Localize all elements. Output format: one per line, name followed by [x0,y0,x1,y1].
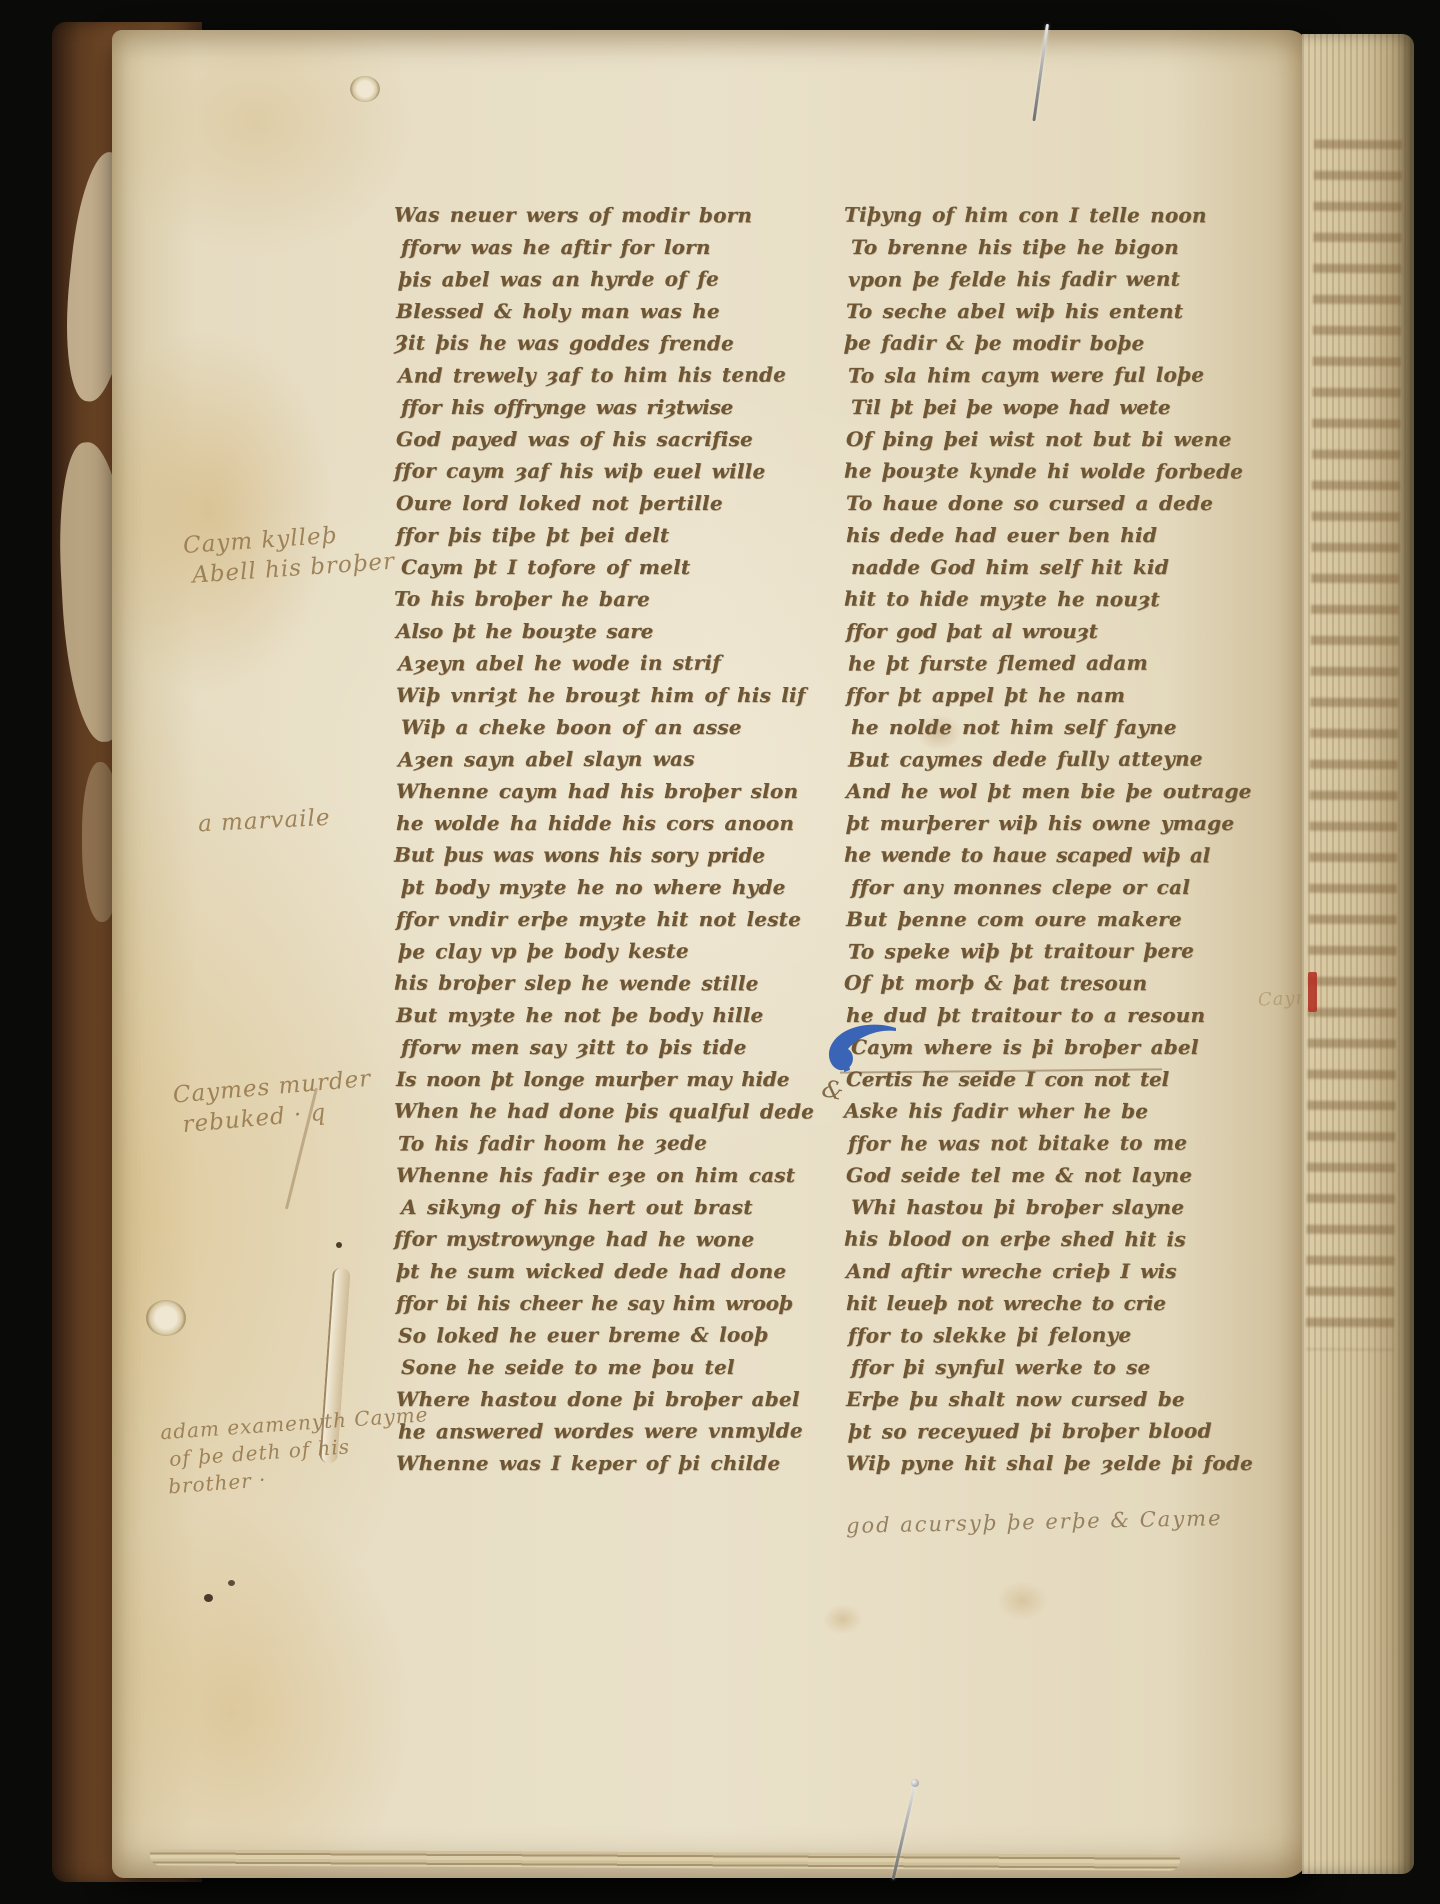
text-line: þt body myȝte he no where hyde [401,871,801,903]
text-line: þt murþerer wiþ his owne ymage [846,807,1258,839]
text-line: God payed was of his sacrifise [396,423,796,455]
text-line: he wolde ha hidde his cors anoon [396,807,796,839]
text-line: his dede had euer ben hid [846,519,1258,551]
text-line: Wiþ pyne hit shal þe ȝelde þi fode [846,1447,1258,1479]
text-line: fforw was he aftir for lorn [401,231,801,263]
text-line: þt he sum wicked dede had done [396,1255,796,1287]
needle-head-icon [911,1779,919,1787]
text-line: A sikyng of his hert out brast [401,1191,801,1223]
text-line: ffor any monnes clepe or cal [851,871,1263,903]
text-line: To his broþer he bare [394,583,794,616]
text-line: hit to hide myȝte he nouȝt [844,583,1256,616]
text-line: Oure lord loked not þertille [396,487,796,519]
text-line: ffor vndir erþe myȝte hit not leste [396,903,796,935]
text-line: Is noon þt longe murþer may hide [396,1063,796,1095]
text-line: But þenne com oure makere [846,903,1258,935]
text-line: Wiþ a cheke boon of an asse [401,711,801,743]
text-line: When he had done þis qualful dede [394,1095,794,1128]
text-line: ffor þi synful werke to se [851,1351,1263,1383]
text-line: Sone he seide to me þou tel [401,1351,801,1383]
manuscript-photo: Was neuer wers of modir bornfforw was he… [0,0,1440,1904]
text-line: Whenne his fadir eȝe on him cast [396,1159,796,1191]
text-line: vpon þe felde his fadir went [848,262,1260,295]
text-line: Of þt morþ & þat tresoun [844,967,1256,1000]
text-line: Was neuer wers of modir born [394,199,794,232]
text-line: ffor to slekke þi felonye [848,1318,1260,1351]
text-line: Caym þt I tofore of melt [401,551,801,583]
text-line: Til þt þei þe wope had wete [851,391,1263,423]
text-line: God seide tel me & not layne [846,1159,1258,1191]
wormhole [204,1594,213,1602]
red-rubric-mark [1308,972,1317,1012]
text-line: Whi hastou þi broþer slayne [851,1191,1263,1223]
text-line: nadde God him self hit kid [851,551,1263,583]
text-line: Blessed & holy man was he [396,295,796,327]
text-line: Tiþyng of him con I telle noon [844,199,1256,232]
text-line: Where hastou done þi broþer abel [396,1383,796,1415]
text-line: ffor bi his cheer he say him wrooþ [396,1287,796,1319]
text-line: hit leueþ not wreche to crie [846,1287,1258,1319]
text-line: his broþer slep he wende stille [394,967,794,1000]
text-line: þt so receyued þi broþer blood [848,1414,1260,1447]
text-line: Aske his fadir wher he be [844,1095,1256,1128]
text-line: But myȝte he not þe body hille [396,999,796,1031]
text-line: But caymes dede fully atteyne [848,742,1260,775]
text-line: Erþe þu shalt now cursed be [846,1383,1258,1415]
text-line: Whenne was I keper of þi childe [396,1447,796,1479]
text-line: he þouȝte kynde hi wolde forbede [844,455,1256,488]
text-line: ffor god þat al wrouȝt [846,615,1258,647]
text-line: Whenne caym had his broþer slon [396,775,796,807]
text-line: To haue done so cursed a dede [846,487,1258,519]
text-line: he nolde not him self fayne [851,711,1263,743]
text-line: To brenne his tiþe he bigon [851,231,1263,263]
text-line: ffor he was not bitake to me [848,1126,1260,1159]
text-line: ffor þis tiþe þt þei delt [396,519,796,551]
text-line: Aȝeyn abel he wode in strif [398,646,798,679]
text-line: he answered wordes were vnmylde [398,1414,798,1447]
blue-paraph-icon [826,1018,902,1078]
wormhole [228,1580,235,1586]
text-line: ffor his offrynge was riȝtwise [401,391,801,423]
text-line: Ȝit þis he was goddes frende [394,327,794,360]
text-line: he þt furste flemed adam [848,646,1260,679]
text-line: þe fadir & þe modir boþe [844,327,1256,360]
text-line: Wiþ vnriȝt he brouȝt him of his lif [396,679,796,711]
text-line: To speke wiþ þt traitour þere [848,934,1260,967]
fore-edge-folios [1302,34,1414,1874]
text-line: And he wol þt men bie þe outrage [846,775,1258,807]
text-line: And aftir wreche crieþ I wis [846,1255,1258,1287]
text-line: Caym where is þi broþer abel [851,1031,1263,1063]
text-line: ffor þt appel þt he nam [846,679,1258,711]
text-line: To his fadir hoom he ȝede [398,1126,798,1159]
text-line: he wende to haue scaped wiþ al [844,839,1256,872]
text-column-left: Was neuer wers of modir bornfforw was he… [396,199,796,1479]
text-column-right: Tiþyng of him con I telle noonTo brenne … [846,199,1258,1479]
parchment-hole [350,76,380,102]
text-line: þe clay vp þe body keste [398,934,798,967]
text-line: Of þing þei wist not but bi wene [846,423,1258,455]
text-line: Aȝen sayn abel slayn was [398,742,798,775]
ink-dot [336,1242,342,1248]
text-line: To seche abel wiþ his entent [846,295,1258,327]
parchment-hole [146,1300,186,1336]
text-line: fforw men say ȝitt to þis tide [401,1031,801,1063]
text-line: Also þt he bouȝte sare [396,615,796,647]
text-line: To sla him caym were ful loþe [848,358,1260,391]
text-line: his blood on erþe shed hit is [844,1223,1256,1256]
text-line: ffor caym ȝaf his wiþ euel wille [394,455,794,488]
text-line: And trewely ȝaf to him his tende [398,358,798,391]
text-line: he dud þt traitour to a resoun [846,999,1258,1031]
text-line: þis abel was an hyrde of fe [398,262,798,295]
text-line: But þus was wons his sory pride [394,839,794,872]
bleed-through-text [1306,140,1402,1351]
text-line: Certis he seide I con not tel [846,1063,1258,1095]
text-line: So loked he euer breme & looþ [398,1318,798,1351]
text-line: ffor mystrowynge had he wone [394,1223,794,1256]
